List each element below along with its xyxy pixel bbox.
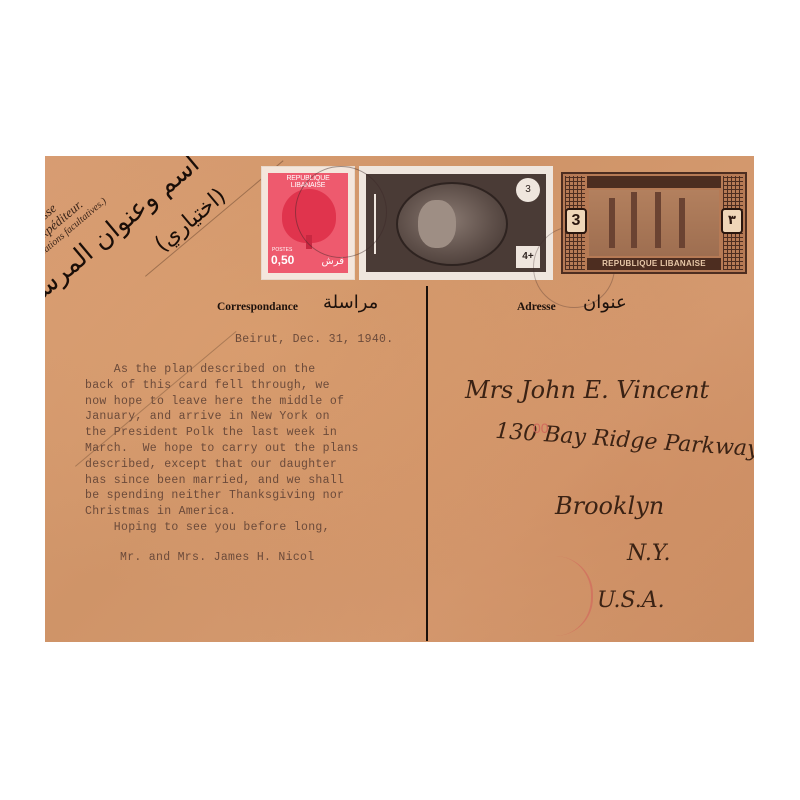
message-line: has since been married, and we shall — [85, 473, 359, 489]
message-line: January, and arrive in New York on — [85, 409, 359, 425]
vertical-divider — [426, 286, 428, 641]
stamp-footer: REPUBLIQUE LIBANAISE — [587, 258, 721, 270]
postmark — [295, 166, 387, 258]
message-signature: Mr. and Mrs. James H. Nicol — [120, 550, 314, 566]
message-line: back of this card fell through, we — [85, 378, 359, 394]
address-label: Adresse — [517, 301, 556, 313]
temple-ruins-icon — [589, 190, 719, 256]
address-line-name: Mrs John E. Vincent — [465, 376, 709, 404]
stamp-value-left: 3 — [565, 208, 587, 234]
sender-label-french: Nom et adresse de l'expéditeur. (Indicat… — [45, 156, 233, 314]
address-line-city: Brooklyn — [555, 492, 664, 520]
message-line: described, except that our daughter — [85, 457, 359, 473]
message-line: the President Polk the last week in — [85, 425, 359, 441]
red-handstamp: 00 — [533, 420, 549, 436]
stamp-value: 0,50 — [271, 253, 294, 267]
address-label-arabic: عنوان — [583, 292, 627, 313]
message-line: Hoping to see you before long, — [85, 520, 359, 536]
message-line: Christmas in America. — [85, 504, 359, 520]
imprinted-stamp: 3 ٣ REPUBLIQUE LIBANAISE — [561, 172, 747, 274]
face-icon — [418, 200, 456, 248]
portrait-stamp: 3 4+ — [359, 166, 553, 280]
message-line: be spending neither Thanksgiving nor — [85, 488, 359, 504]
message-line: As the plan described on the — [85, 362, 359, 378]
postcard: Nom et adresse de l'expéditeur. (Indicat… — [45, 156, 754, 642]
red-handstamp-curve — [555, 556, 593, 636]
address-line-country: U.S.A. — [597, 588, 665, 613]
stamp-value-right: ٣ — [721, 208, 743, 234]
message-line: now hope to leave here the middle of — [85, 394, 359, 410]
message-line: March. We hope to carry out the plans — [85, 441, 359, 457]
message-body: As the plan described on theback of this… — [85, 362, 359, 536]
message-dateline: Beirut, Dec. 31, 1940. — [235, 332, 393, 348]
portrait-icon — [396, 182, 508, 266]
stamp-value-top: 3 — [516, 178, 540, 202]
correspondence-label: Correspondance — [217, 301, 298, 313]
correspondence-label-arabic: مراسلة — [323, 292, 378, 313]
stamp-header-band — [587, 176, 721, 188]
address-line-state: N.Y. — [627, 541, 671, 566]
